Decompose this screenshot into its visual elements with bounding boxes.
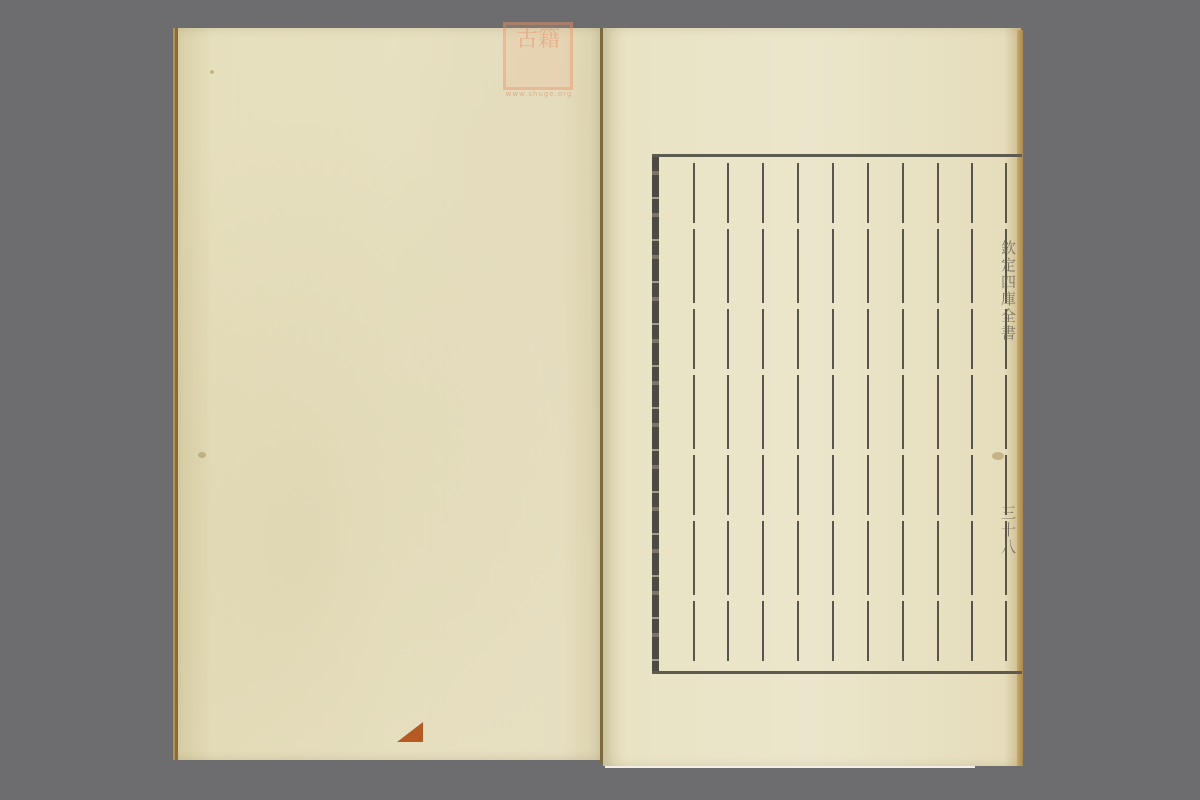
column-line [902,163,904,663]
paper-speck [992,452,1004,460]
book-spine [600,28,603,764]
column-line [1005,163,1007,663]
fold-margin-page-number: 三十八 [1003,505,1019,556]
left-page [175,28,606,760]
paper-speck [210,70,214,74]
watermark-seal: 古籍 [503,22,573,90]
watermark-caption: www.shuge.org [500,90,578,98]
frame-left-border [652,157,659,671]
column-line [693,163,695,663]
column-line [797,163,799,663]
column-grid-frame [652,154,1022,674]
column-line [727,163,729,663]
paper-speck [198,452,206,458]
column-line [971,163,973,663]
column-line [867,163,869,663]
column-line [937,163,939,663]
column-line [832,163,834,663]
fold-margin-title: 欽定四庫全書 [1003,240,1019,342]
column-line [762,163,764,663]
